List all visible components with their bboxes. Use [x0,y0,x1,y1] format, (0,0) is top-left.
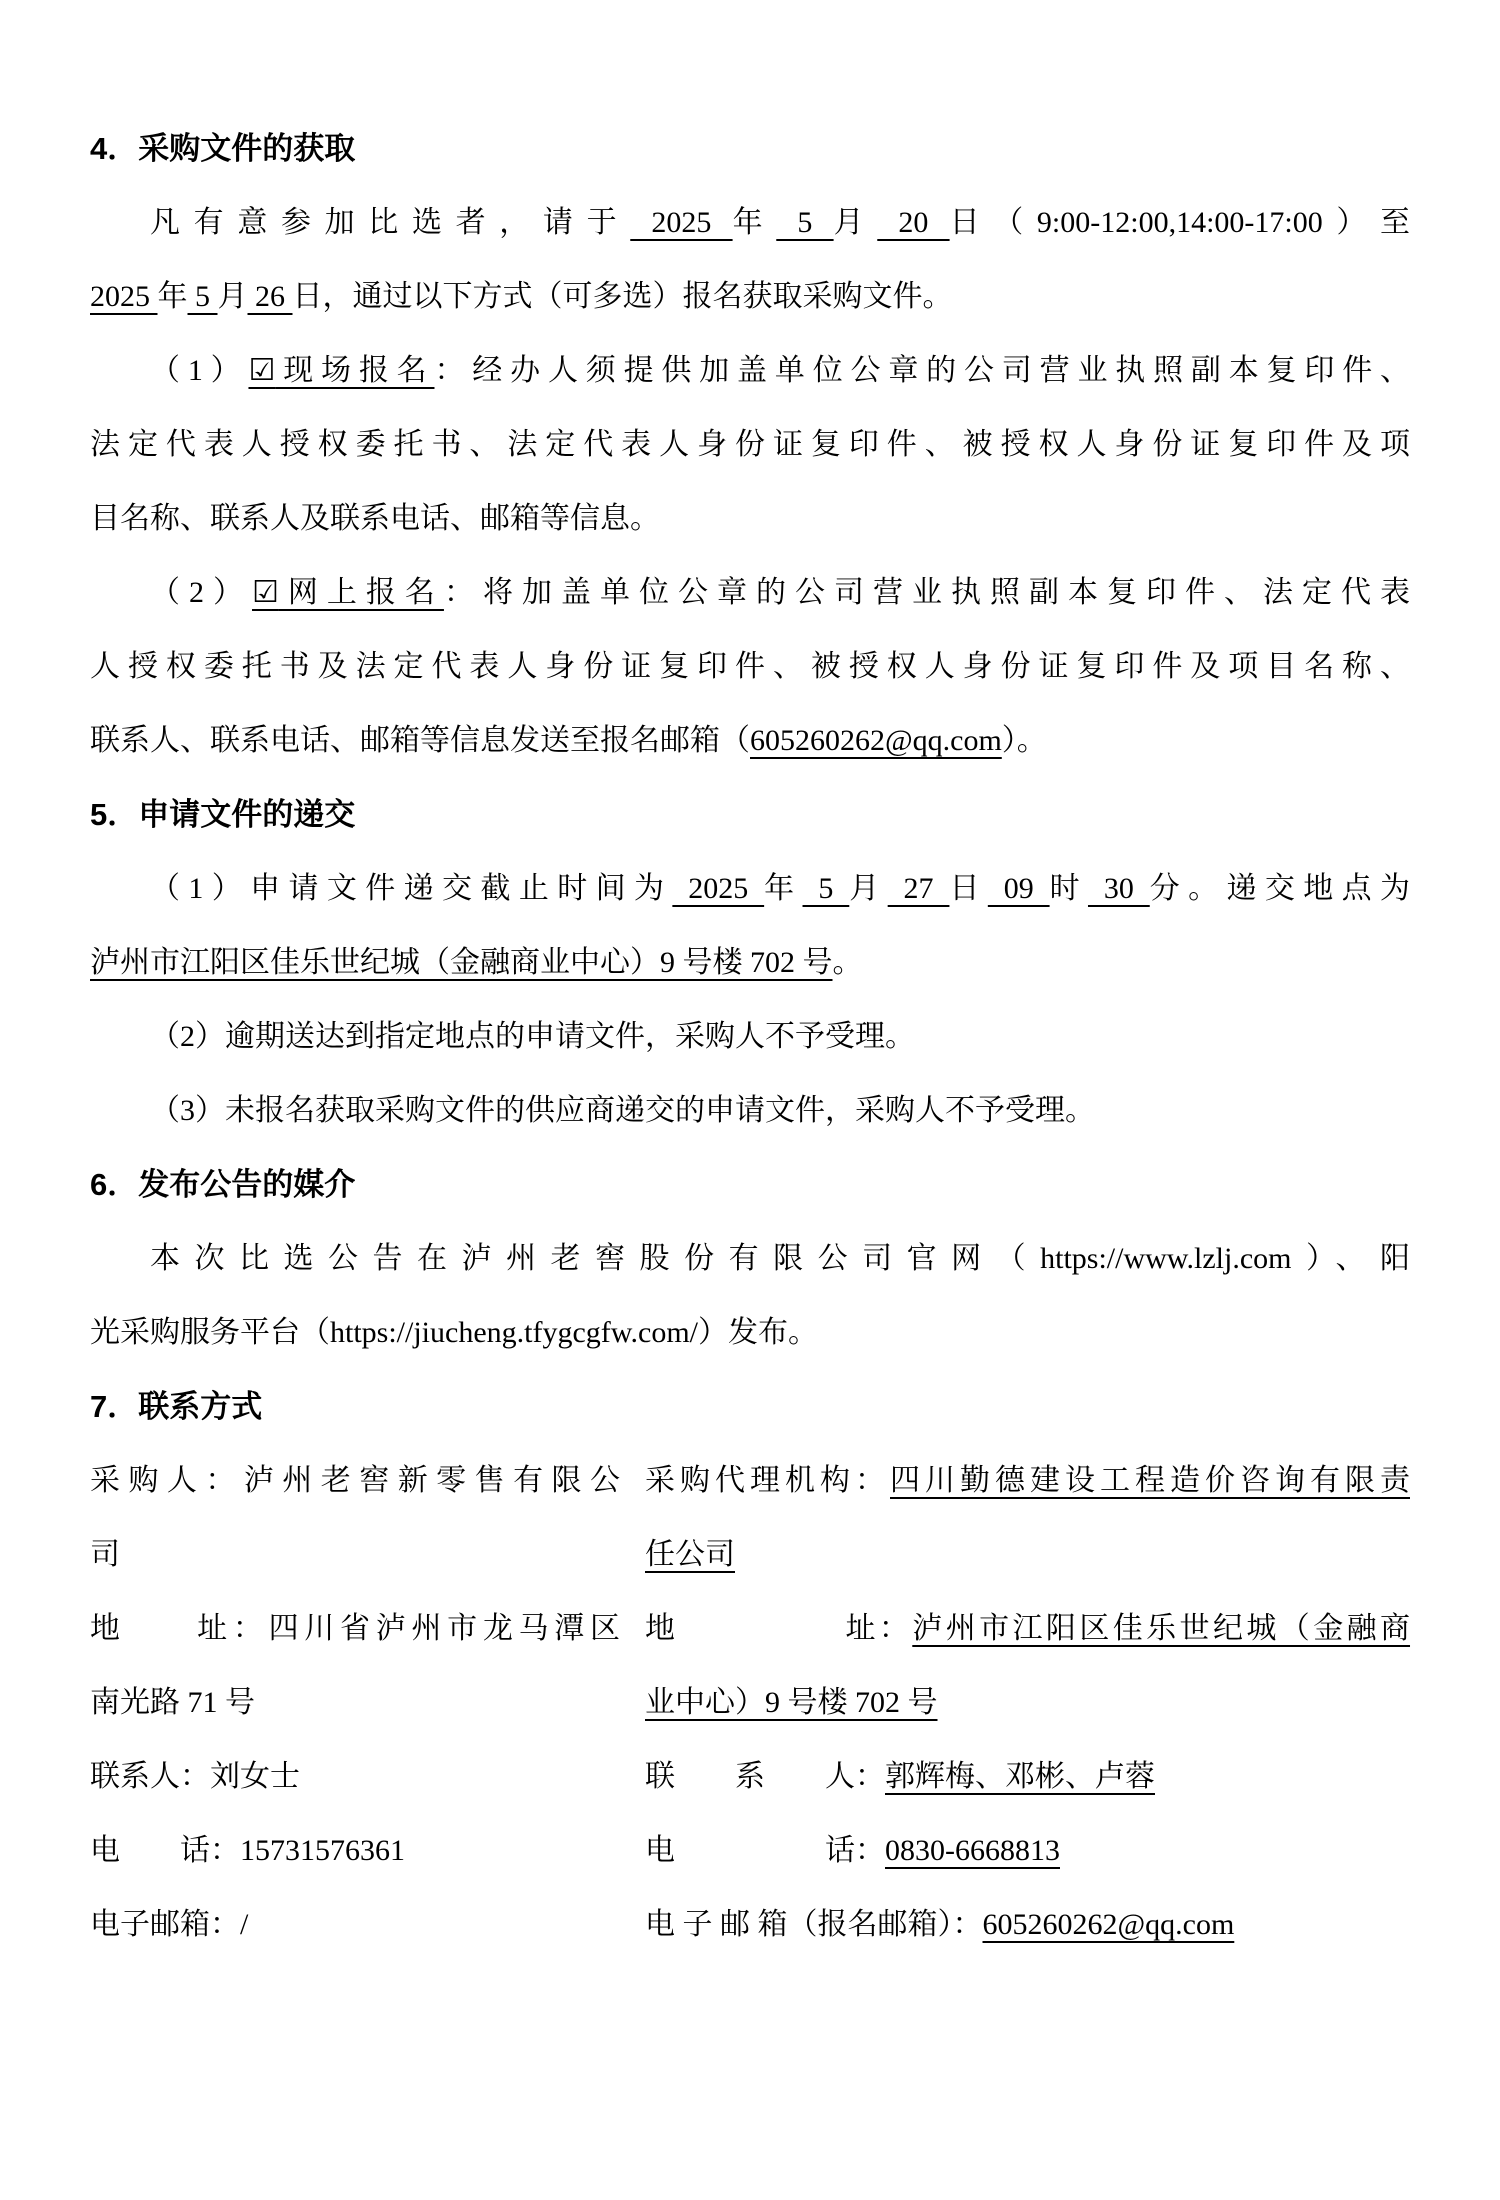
contact-line: 南光路 71 号 [90,1666,620,1740]
paragraph-line: （1）☑现场报名：经办人须提供加盖单位公章的公司营业执照副本复印件、 [90,334,1410,408]
text-segment: 年 [733,206,777,239]
contact-row: 采购人：泸州老窖新零售有限公司采购代理机构：四川勤德建设工程造价咨询有限责任公司 [90,1444,1410,1592]
text-segment: 时 [1050,872,1088,905]
checked-checkbox-icon: ☑ [248,353,275,388]
underlined-text: 四川勤德建设工程造价咨询有限责 [890,1464,1410,1497]
text-segment: （2）逾期送达到指定地点的申请文件，采购人不予受理。 [150,1020,915,1053]
contact-cell-agency: 电 子 邮 箱（报名邮箱）：605260262@qq.com [645,1888,1410,1962]
text-segment: （2） [150,576,252,609]
paragraph-line: 本次比选公告在泸州老窖股份有限公司官网（https://www.lzlj.com… [90,1222,1410,1296]
text-segment: 南光路 71 号 [90,1686,255,1719]
text-segment: 。 [833,946,863,979]
underlined-text: 0830-6668813 [885,1834,1060,1867]
paragraph-line: 2025 年 5 月 26 日，通过以下方式（可多选）报名获取采购文件。 [90,260,1410,334]
text-segment: （1） [150,354,248,387]
text-segment: 地 址： [645,1612,912,1645]
paragraph-line: 人授权委托书及法定代表人身份证复印件、被授权人身份证复印件及项目名称、 [90,630,1410,704]
contact-cell-agency: 电 话：0830-6668813 [645,1814,1410,1888]
text-segment: 6．发布公告的媒介 [90,1167,355,1202]
underlined-text: 2025 [630,206,732,239]
text-segment: （3）未报名获取采购文件的供应商递交的申请文件，采购人不予受理。 [150,1094,1095,1127]
contact-line: 地 址：泸州市江阳区佳乐世纪城（金融商 [645,1592,1410,1666]
underlined-text: 泸州市江阳区佳乐世纪城（金融商业中心）9 号楼 702 号 [90,946,833,979]
paragraph-line: 目名称、联系人及联系电话、邮箱等信息。 [90,482,1410,556]
section-4-heading: 4．采购文件的获取 [90,112,1410,186]
underlined-text: 现场报名 [275,354,434,387]
paragraph-line: 光采购服务平台（https://jiucheng.tfygcgfw.com/）发… [90,1296,1410,1370]
contact-cell-purchaser: 采购人：泸州老窖新零售有限公司 [90,1444,620,1592]
contact-cell-purchaser: 电 话：15731576361 [90,1814,620,1888]
text-segment: 联 系 人： [645,1760,885,1793]
text-segment: 日 [949,872,987,905]
paragraph-line: 法定代表人授权委托书、法定代表人身份证复印件、被授权人身份证复印件及项 [90,408,1410,482]
text-segment: 月 [834,206,878,239]
contact-row: 地 址：四川省泸州市龙马潭区南光路 71 号地 址：泸州市江阳区佳乐世纪城（金融… [90,1592,1410,1740]
underlined-text: 09 [988,872,1050,905]
contact-cell-agency: 地 址：泸州市江阳区佳乐世纪城（金融商业中心）9 号楼 702 号 [645,1592,1410,1740]
text-segment: 光采购服务平台（https://jiucheng.tfygcgfw.com/）发… [90,1316,818,1349]
text-segment: 本次比选公告在泸州老窖股份有限公司官网（https://www.lzlj.com… [150,1242,1410,1275]
text-segment: 司 [90,1538,120,1571]
paragraph-line: 凡有意参加比选者，请于 2025 年 5 月 20 日（9:00-12:00,1… [90,186,1410,260]
contact-line: 采购代理机构：四川勤德建设工程造价咨询有限责 [645,1444,1410,1518]
text-segment: 5．申请文件的递交 [90,797,355,832]
contact-row: 电子邮箱：/电 子 邮 箱（报名邮箱）：605260262@qq.com [90,1888,1410,1962]
contact-line: 电 话：0830-6668813 [645,1814,1410,1888]
document-body: 4．采购文件的获取凡有意参加比选者，请于 2025 年 5 月 20 日（9:0… [90,112,1410,1962]
contact-line: 采购人：泸州老窖新零售有限公 [90,1444,620,1518]
text-segment: 电 子 邮 箱（报名邮箱）： [645,1908,983,1941]
text-segment: ：将加盖单位公章的公司营业执照副本复印件、法定代表 [444,576,1410,609]
contact-table: 采购人：泸州老窖新零售有限公司采购代理机构：四川勤德建设工程造价咨询有限责任公司… [90,1444,1410,1962]
paragraph-line: 泸州市江阳区佳乐世纪城（金融商业中心）9 号楼 702 号。 [90,926,1410,1000]
contact-line: 任公司 [645,1518,1410,1592]
paragraph-line: （1）申请文件递交截止时间为 2025 年 5 月 27 日 09 时 30 分… [90,852,1410,926]
underlined-text: 郭辉梅、邓彬、卢蓉 [885,1760,1155,1793]
contact-row: 电 话：15731576361电 话：0830-6668813 [90,1814,1410,1888]
contact-cell-purchaser: 联系人：刘女士 [90,1740,620,1814]
underlined-text: 605260262@qq.com [983,1908,1235,1941]
paragraph-line: （3）未报名获取采购文件的供应商递交的申请文件，采购人不予受理。 [90,1074,1410,1148]
contact-line: 电 话：15731576361 [90,1814,620,1888]
paragraph-line: （2）☑网上报名：将加盖单位公章的公司营业执照副本复印件、法定代表 [90,556,1410,630]
text-segment: 日（9:00-12:00,14:00-17:00）至 [950,206,1410,239]
section-7-heading: 7．联系方式 [90,1370,1410,1444]
contact-line: 联 系 人：郭辉梅、邓彬、卢蓉 [645,1740,1410,1814]
contact-line: 地 址：四川省泸州市龙马潭区 [90,1592,620,1666]
text-segment: 年 [764,872,802,905]
section-5-heading: 5．申请文件的递交 [90,778,1410,852]
contact-cell-agency: 采购代理机构：四川勤德建设工程造价咨询有限责任公司 [645,1444,1410,1592]
text-segment: 地 址：四川省泸州市龙马潭区 [90,1612,620,1645]
underlined-text: 5 [188,280,218,313]
text-segment: 年 [158,280,188,313]
text-segment: 法定代表人授权委托书、法定代表人身份证复印件、被授权人身份证复印件及项 [90,428,1410,461]
text-segment: 联系人、联系电话、邮箱等信息发送至报名邮箱（ [90,724,750,757]
underlined-text: 任公司 [645,1538,735,1571]
underlined-text: 泸州市江阳区佳乐世纪城（金融商 [912,1612,1410,1645]
contact-cell-agency: 联 系 人：郭辉梅、邓彬、卢蓉 [645,1740,1410,1814]
underlined-text: 业中心）9 号楼 702 号 [645,1686,938,1719]
text-segment: 采购代理机构： [645,1464,890,1497]
contact-line: 业中心）9 号楼 702 号 [645,1666,1410,1740]
underlined-text: 5 [776,206,833,239]
text-segment: 分。递交地点为 [1150,872,1410,905]
text-segment: ）。 [1002,724,1047,757]
paragraph-line: （2）逾期送达到指定地点的申请文件，采购人不予受理。 [90,1000,1410,1074]
contact-line: 电 子 邮 箱（报名邮箱）：605260262@qq.com [645,1888,1410,1962]
text-segment: 联系人：刘女士 [90,1760,300,1793]
contact-row: 联系人：刘女士联 系 人：郭辉梅、邓彬、卢蓉 [90,1740,1410,1814]
underlined-text: 2025 [672,872,764,905]
underlined-text: 网上报名 [279,576,444,609]
checked-checkbox-icon: ☑ [252,575,279,610]
text-segment: 7．联系方式 [90,1389,262,1424]
text-segment: 月 [218,280,248,313]
text-segment: 电 话：15731576361 [90,1834,405,1867]
contact-line: 联系人：刘女士 [90,1740,620,1814]
text-segment: 目名称、联系人及联系电话、邮箱等信息。 [90,502,660,535]
contact-cell-purchaser: 电子邮箱：/ [90,1888,620,1962]
text-segment: 采购人：泸州老窖新零售有限公 [90,1464,620,1497]
paragraph-line: 联系人、联系电话、邮箱等信息发送至报名邮箱（605260262@qq.com）。 [90,704,1410,778]
underlined-text: 27 [888,872,950,905]
text-segment: 电子邮箱：/ [90,1908,248,1941]
text-segment: 人授权委托书及法定代表人身份证复印件、被授权人身份证复印件及项目名称、 [90,650,1410,683]
text-segment: 月 [849,872,887,905]
contact-line: 司 [90,1518,620,1592]
underlined-text: 2025 [90,280,158,313]
text-segment: （1）申请文件递交截止时间为 [150,872,672,905]
underlined-text: 5 [803,872,850,905]
document-page: 4．采购文件的获取凡有意参加比选者，请于 2025 年 5 月 20 日（9:0… [0,0,1500,2200]
underlined-text: 30 [1088,872,1150,905]
contact-line: 电子邮箱：/ [90,1888,620,1962]
contact-cell-purchaser: 地 址：四川省泸州市龙马潭区南光路 71 号 [90,1592,620,1740]
text-segment: 电 话： [645,1834,885,1867]
underlined-text: 26 [248,280,293,313]
text-segment: 4．采购文件的获取 [90,131,355,166]
text-segment: ：经办人须提供加盖单位公章的公司营业执照副本复印件、 [434,354,1410,387]
underlined-text: 20 [877,206,949,239]
text-segment: 凡有意参加比选者，请于 [150,206,630,239]
section-6-heading: 6．发布公告的媒介 [90,1148,1410,1222]
underlined-text: 605260262@qq.com [750,724,1002,757]
text-segment: 日，通过以下方式（可多选）报名获取采购文件。 [293,280,953,313]
